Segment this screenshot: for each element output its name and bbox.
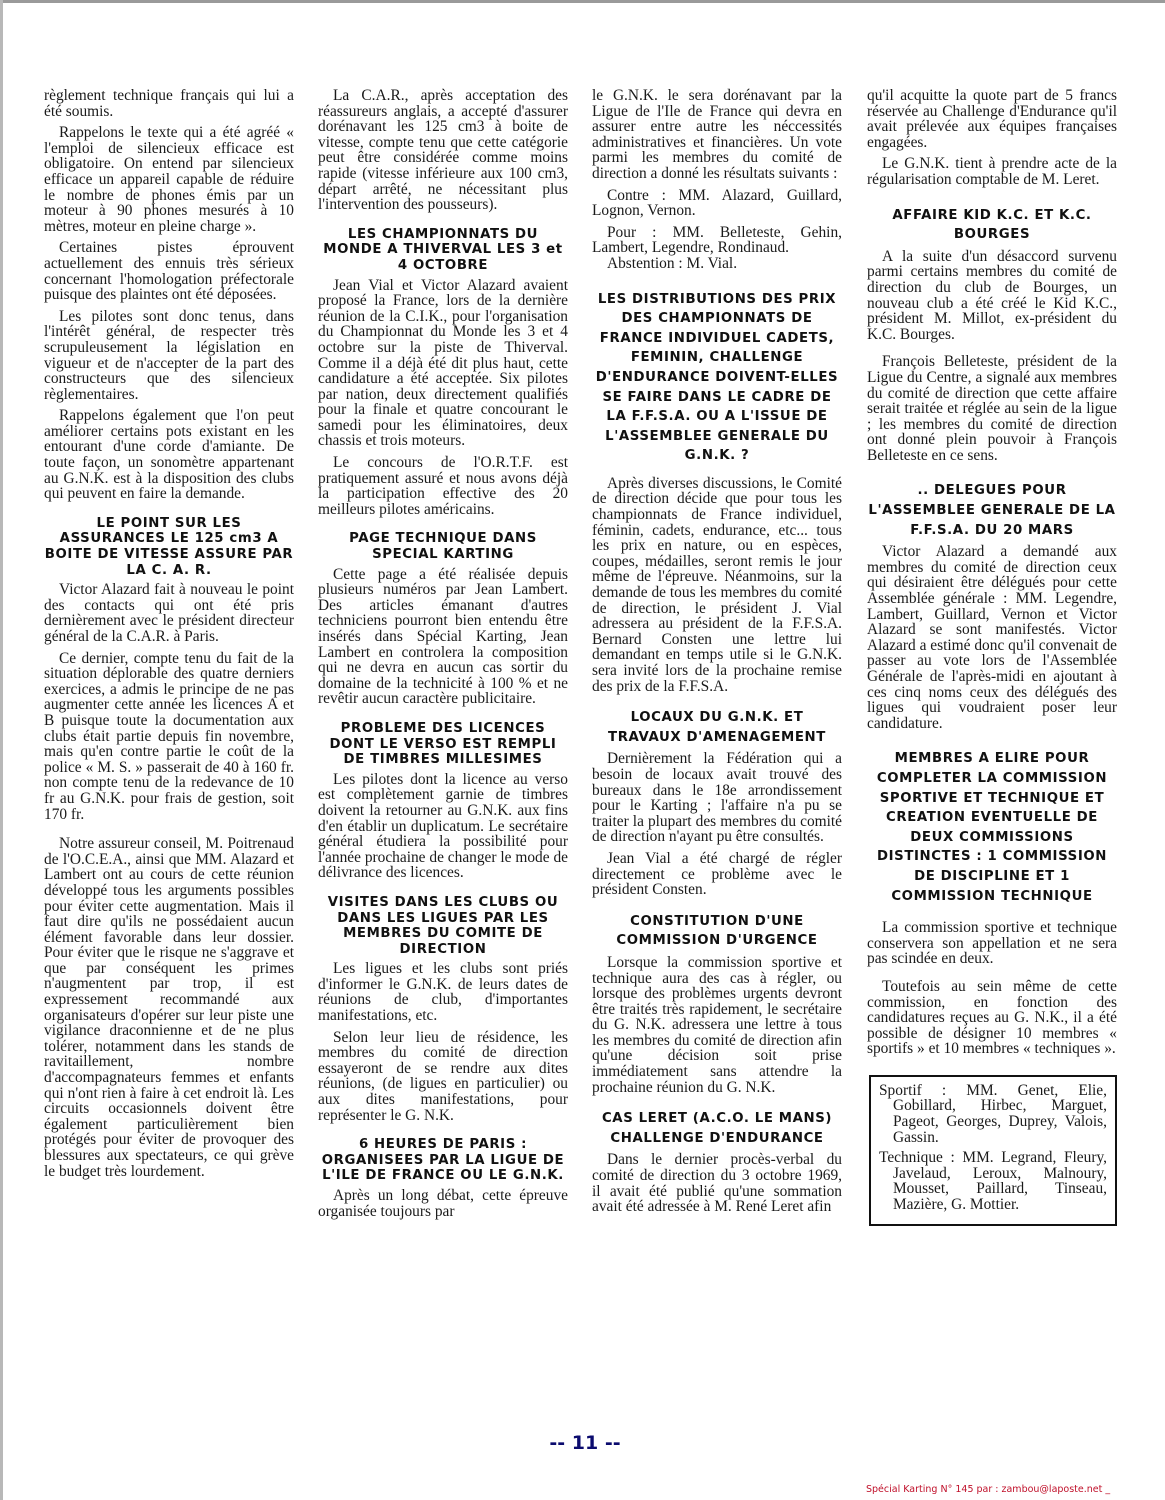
heading-commission-urgence: CONSTITUTION D'UNE COMMISSION D'URGENCE [592,912,842,951]
column-3: le G.N.K. le sera dorénavant par la Ligu… [592,88,842,1221]
heading-visites: VISITES DANS LES CLUBS OU DANS LES LIGUE… [318,895,568,957]
heading-licences: PROBLEME DES LICENCES DONT LE VERSO EST … [318,721,568,768]
heading-affaire-kid: AFFAIRE KID K.C. ET K.C. BOURGES [867,206,1117,245]
page-number: -- 11 -- [545,1432,625,1454]
heading-page-technique: PAGE TECHNIQUE DANS SPECIAL KARTING [318,531,568,562]
paragraph: Jean Vial a été chargé de régler directe… [592,851,842,898]
paragraph: règlement technique français qui lui a é… [44,88,294,119]
paragraph: Notre assureur conseil, M. Poitrenaud de… [44,836,294,1179]
paragraph: Le concours de l'O.R.T.F. est pratiqueme… [318,455,568,517]
paragraph: Rappelons également que l'on peut amélio… [44,408,294,502]
paragraph: François Belleteste, président de la Lig… [867,354,1117,463]
column-2: La C.A.R., après acceptation des réassur… [318,88,568,1225]
footer-credit: Spécial Karting N° 145 par : zambou@lapo… [866,1484,1110,1495]
paragraph: A la suite d'un désaccord survenu parmi … [867,249,1117,343]
page-frame-left [0,0,3,1500]
vote-contre: Contre : MM. Alazard, Guillard, Lognon, … [592,188,842,219]
members-technique: Technique : MM. Legrand, Fleury, Javelau… [879,1150,1107,1212]
vote-pour: Pour : MM. Belleteste, Gehin, Lambert, L… [592,225,842,256]
heading-distributions-prix: LES DISTRIBUTIONS DES PRIX DES CHAMPIONN… [592,290,842,466]
heading-assurances: LE POINT SUR LES ASSURANCES LE 125 cm3 A… [44,516,294,578]
heading-locaux: LOCAUX DU G.N.K. ET TRAVAUX D'AMENAGEMEN… [592,708,842,747]
paragraph: qu'il acquitte la quote part de 5 francs… [867,88,1117,150]
paragraph: Cette page a été réalisée depuis plusieu… [318,567,568,707]
paragraph: Jean Vial et Victor Alazard avaient prop… [318,278,568,450]
column-1: règlement technique français qui lui a é… [44,88,294,1185]
paragraph: Certaines pistes éprouvent actuellement … [44,240,294,302]
paragraph: Victor Alazard fait à nouveau le point d… [44,582,294,644]
heading-delegues: .. DELEGUES POUR L'ASSEMBLEE GENERALE DE… [867,481,1117,540]
paragraph: Ce dernier, compte tenu du fait de la si… [44,651,294,823]
members-sportif: Sportif : MM. Genet, Elie, Gobillard, Hi… [879,1083,1107,1145]
paragraph: Selon leur lieu de résidence, les membre… [318,1030,568,1124]
paragraph: Toutefois au sein même de cette commissi… [867,979,1117,1057]
column-4: qu'il acquitte la quote part de 5 francs… [867,88,1117,1226]
paragraph: Les pilotes sont donc tenus, dans l'inté… [44,309,294,403]
paragraph: Lorsque la commission sportive et techni… [592,955,842,1095]
members-box: Sportif : MM. Genet, Elie, Gobillard, Hi… [869,1075,1117,1226]
paragraph: Les pilotes dont la licence au verso est… [318,772,568,881]
paragraph: Rappelons le texte qui a été agréé « l'e… [44,125,294,234]
vote-abstention: Abstention : M. Vial. [592,256,842,272]
paragraph: Après un long débat, cette épreuve organ… [318,1188,568,1219]
heading-championnats-monde: LES CHAMPIONNATS DU MONDE A THIVERVAL LE… [318,227,568,274]
paragraph: Le G.N.K. tient à prendre acte de la rég… [867,156,1117,187]
paragraph: Dans le dernier procès-verbal du comité … [592,1152,842,1214]
paragraph: Après diverses discussions, le Comité de… [592,476,842,694]
paragraph: Victor Alazard a demandé aux membres du … [867,544,1117,731]
paragraph: La C.A.R., après acceptation des réassur… [318,88,568,213]
heading-cas-leret: CAS LERET (A.C.O. LE MANS) CHALLENGE D'E… [592,1109,842,1148]
page-frame-top [0,0,1165,3]
paragraph: La commission sportive et technique cons… [867,920,1117,967]
paragraph: Les ligues et les clubs sont priés d'inf… [318,961,568,1023]
paragraph: Dernièrement la Fédération qui a besoin … [592,751,842,845]
heading-membres-a-elire: MEMBRES A ELIRE POUR COMPLETER LA COMMIS… [867,749,1117,906]
paragraph: le G.N.K. le sera dorénavant par la Ligu… [592,88,842,182]
heading-6-heures: 6 HEURES DE PARIS : ORGANISEES PAR LA LI… [318,1137,568,1184]
